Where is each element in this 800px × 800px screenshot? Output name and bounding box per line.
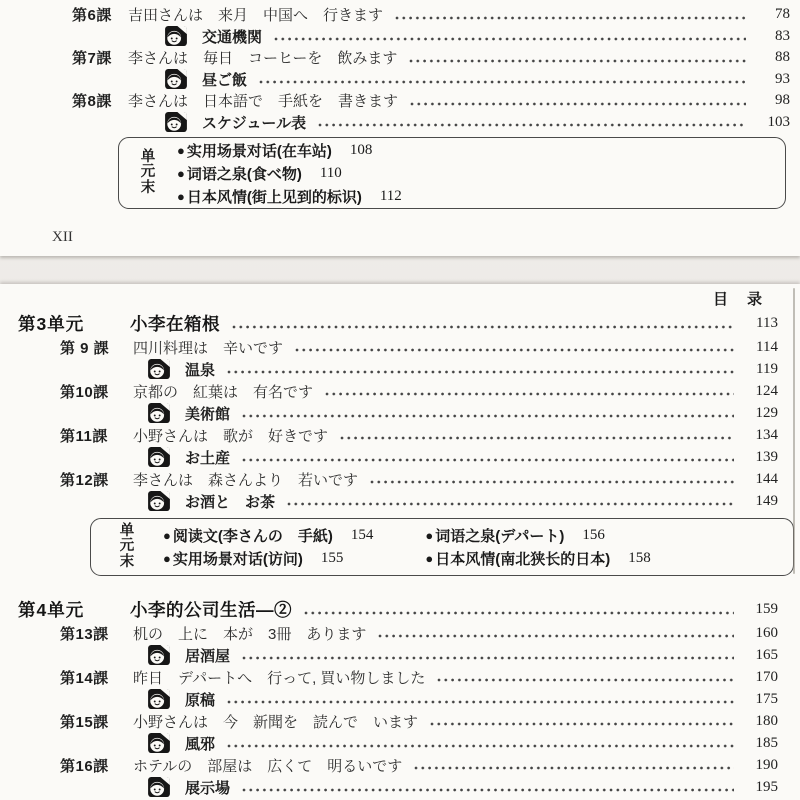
page-number: 78	[754, 6, 790, 23]
lesson-number: 第14課	[60, 667, 133, 688]
toc-sub-row: 美術館 129	[0, 402, 800, 424]
page-number: 149	[742, 493, 778, 510]
toc-header: 目 录	[713, 288, 764, 309]
summary-item: ● 日本风情(街上见到的标识) 112	[177, 185, 402, 207]
toc-sub-row: 居酒屋 165	[0, 644, 800, 666]
toc-lesson-row: 第16課 ホテルの 部屋は 広くて 明るいです 190	[0, 754, 800, 776]
character-face-icon	[165, 112, 187, 132]
lesson-number: 第12課	[60, 469, 133, 490]
dot-leader	[304, 611, 734, 615]
dot-leader	[340, 436, 734, 440]
toc-lesson-row: 第14課 昨日 デパートへ 行って, 買い物しました 170	[0, 666, 800, 688]
dot-leader	[242, 656, 734, 660]
summary-text: 日本风情(街上见到的标识)	[187, 186, 362, 207]
page-number: 88	[754, 49, 790, 66]
lesson-number: 第7課	[72, 47, 128, 68]
unit-summary-box: 单 元 末 ● 实用场景对话(在车站) 108 ● 词语之泉(食べ物) 110 …	[118, 137, 786, 209]
page-number: 159	[742, 601, 778, 618]
dot-leader	[259, 80, 746, 84]
character-face-icon	[165, 69, 187, 89]
page-edge-shadow	[793, 288, 795, 574]
bullet-icon: ●	[425, 551, 433, 566]
page-number: 103	[754, 114, 790, 131]
dot-leader	[414, 766, 734, 770]
sub-title: 温泉	[185, 359, 215, 380]
lesson-number: 第13課	[60, 623, 133, 644]
lesson-title: 四川料理は 辛いです	[133, 337, 283, 358]
summary-item: ● 词语之泉(デパート) 156	[425, 525, 650, 547]
page-number: 155	[321, 550, 344, 567]
page-number: 139	[742, 449, 778, 466]
sub-title: 交通機関	[202, 26, 262, 47]
dot-leader	[370, 480, 734, 484]
page-number: 158	[628, 550, 651, 567]
toc-page-1: 第6課 吉田さんは 来月 中国へ 行きます 78 交通機関 83 第7課 李さん…	[0, 0, 800, 256]
dot-leader	[242, 458, 734, 462]
lesson-title: 小野さんは 今 新聞を 読んで います	[133, 711, 418, 732]
unit-number: 第4单元	[18, 597, 130, 622]
dot-leader	[378, 634, 734, 638]
summary-column-1: ● 阅读文(李さんの 手紙) 154 ● 实用场景对话(访问) 155	[163, 525, 373, 570]
page-number: 93	[754, 71, 790, 88]
unit-label-char: 末	[91, 555, 163, 571]
lesson-number: 第6課	[72, 4, 128, 25]
bullet-icon: ●	[425, 528, 433, 543]
unit-summary-box: 单 元 末 ● 阅读文(李さんの 手紙) 154 ● 实用场景对话(访问) 15…	[90, 518, 794, 576]
bullet-icon: ●	[177, 189, 185, 204]
lesson-title: 昨日 デパートへ 行って, 買い物しました	[133, 667, 425, 688]
unit-title: 小李在箱根	[130, 311, 220, 336]
dot-leader	[409, 59, 746, 63]
toc-sub-row: 風邪 185	[0, 732, 800, 754]
bullet-icon: ●	[163, 551, 171, 566]
dot-leader	[274, 37, 746, 41]
dot-leader	[232, 325, 734, 329]
dot-leader	[437, 678, 734, 682]
bullet-icon: ●	[163, 528, 171, 543]
lesson-title: 李さんは 日本語で 手紙を 書きます	[128, 90, 398, 111]
character-face-icon	[148, 491, 170, 511]
character-face-icon	[165, 26, 187, 46]
dot-leader	[318, 123, 746, 127]
toc-sub-row: お酒と お茶 149	[0, 490, 800, 512]
unit-heading: 第4单元 小李的公司生活—② 159	[0, 596, 800, 622]
sub-title: 風邪	[185, 733, 215, 754]
lesson-number: 第15課	[60, 711, 133, 732]
toc-page-2: 目 录 第3单元 小李在箱根 113 第 9 課 四川料理は 辛いです 114 …	[0, 284, 800, 800]
unit-label-char: 元	[119, 165, 177, 181]
lesson-title: 机の 上に 本が 3冊 あります	[133, 623, 366, 644]
page-number: 98	[754, 92, 790, 109]
bullet-icon: ●	[177, 143, 185, 158]
toc-lesson-row: 第13課 机の 上に 本が 3冊 あります 160	[0, 622, 800, 644]
toc-lesson-row: 第8課 李さんは 日本語で 手紙を 書きます 98	[0, 90, 800, 112]
page-number: 83	[754, 28, 790, 45]
page-number: 156	[582, 527, 605, 544]
summary-text: 词语之泉(食べ物)	[187, 163, 302, 184]
lesson-title: 小野さんは 歌が 好きです	[133, 425, 328, 446]
character-face-icon	[148, 689, 170, 709]
toc-lesson-row: 第11課 小野さんは 歌が 好きです 134	[0, 424, 800, 446]
page-number: 170	[742, 669, 778, 686]
bullet-icon: ●	[177, 166, 185, 181]
sub-title: お酒と お茶	[185, 491, 275, 512]
toc-lesson-row: 第7課 李さんは 毎日 コーヒーを 飲みます 88	[0, 47, 800, 69]
character-face-icon	[148, 403, 170, 423]
page-number: 124	[742, 383, 778, 400]
toc-sub-row: 温泉 119	[0, 358, 800, 380]
character-face-icon	[148, 777, 170, 797]
toc-lesson-row: 第 9 課 四川料理は 辛いです 114	[0, 336, 800, 358]
character-face-icon	[148, 359, 170, 379]
unit-title: 小李的公司生活—②	[130, 597, 292, 622]
toc-lesson-row: 第6課 吉田さんは 来月 中国へ 行きます 78	[0, 4, 800, 26]
page-number: 185	[742, 735, 778, 752]
toc-sub-row: 展示場 195	[0, 776, 800, 798]
dot-leader	[227, 700, 734, 704]
dot-leader	[430, 722, 734, 726]
summary-item: ● 词语之泉(食べ物) 110	[177, 162, 402, 184]
toc-lesson-row: 第10課 京都の 紅葉は 有名です 124	[0, 380, 800, 402]
sub-title: お土産	[185, 447, 230, 468]
page-number: 134	[742, 427, 778, 444]
unit-summary-columns: ● 阅读文(李さんの 手紙) 154 ● 实用场景对话(访问) 155 ● 词语…	[163, 525, 651, 570]
dot-leader	[242, 788, 734, 792]
summary-text: 阅读文(李さんの 手紙)	[173, 525, 333, 546]
unit-label-char: 单	[119, 150, 177, 166]
toc-lesson-row: 第15課 小野さんは 今 新聞を 読んで います 180	[0, 710, 800, 732]
dot-leader	[227, 370, 734, 374]
page-number: 108	[350, 142, 373, 159]
summary-text: 实用场景对话(在车站)	[187, 140, 332, 161]
lesson-title: 吉田さんは 来月 中国へ 行きます	[128, 4, 383, 25]
lesson-number: 第10課	[60, 381, 133, 402]
lesson-title: ホテルの 部屋は 広くて 明るいです	[133, 755, 402, 776]
page-number: 160	[742, 625, 778, 642]
unit-label-char: 元	[91, 539, 163, 555]
lesson-number: 第8課	[72, 90, 128, 111]
page-number: 175	[742, 691, 778, 708]
toc-sub-row: 交通機関 83	[0, 26, 800, 48]
dot-leader	[227, 744, 734, 748]
page-number: 165	[742, 647, 778, 664]
page-number: 110	[320, 165, 342, 182]
unit-label-char: 单	[91, 524, 163, 540]
page-number: 144	[742, 471, 778, 488]
page-number: 129	[742, 405, 778, 422]
summary-item: ● 阅读文(李さんの 手紙) 154	[163, 525, 373, 547]
toc-sub-row: スケジュール表 103	[0, 112, 800, 134]
lesson-number: 第11課	[60, 425, 133, 446]
lesson-number: 第 9 課	[60, 337, 133, 358]
page-number: 180	[742, 713, 778, 730]
unit-end-label: 单 元 末	[119, 150, 177, 197]
summary-column-2: ● 词语之泉(デパート) 156 ● 日本风情(南北狭长的日本) 158	[425, 525, 650, 570]
lesson-title: 京都の 紅葉は 有名です	[133, 381, 313, 402]
dot-leader	[242, 414, 734, 418]
character-face-icon	[148, 645, 170, 665]
dot-leader	[325, 392, 734, 396]
unit-heading: 第3单元 小李在箱根 113	[0, 310, 800, 336]
page-number: 119	[742, 361, 778, 378]
page-number: 112	[380, 188, 402, 205]
dot-leader	[395, 16, 746, 20]
sub-title: 展示場	[185, 777, 230, 798]
page-number: 154	[351, 527, 374, 544]
summary-item: ● 实用场景对话(访问) 155	[163, 548, 373, 570]
sub-title: 居酒屋	[185, 645, 230, 666]
lesson-number: 第16課	[60, 755, 133, 776]
dot-leader	[410, 102, 746, 106]
page-number: 113	[742, 315, 778, 332]
sub-title: 美術館	[185, 403, 230, 424]
toc-sub-row: 昼ご飯 93	[0, 69, 800, 91]
sub-title: 昼ご飯	[202, 69, 247, 90]
toc-list-page2: 第3单元 小李在箱根 113 第 9 課 四川料理は 辛いです 114 温泉 1…	[0, 284, 800, 798]
dot-leader	[287, 502, 734, 506]
summary-text: 日本风情(南北狭长的日本)	[435, 548, 610, 569]
lesson-title: 李さんは 毎日 コーヒーを 飲みます	[128, 47, 397, 68]
toc-sub-row: 原稿 175	[0, 688, 800, 710]
book-page-number: XII	[52, 229, 800, 246]
unit-number: 第3单元	[18, 311, 130, 336]
toc-sub-row: お土産 139	[0, 446, 800, 468]
summary-text: 词语之泉(デパート)	[435, 525, 564, 546]
dot-leader	[295, 348, 734, 352]
lesson-title: 李さんは 森さんより 若いです	[133, 469, 358, 490]
summary-text: 实用场景对话(访问)	[173, 548, 303, 569]
unit-end-label: 单 元 末	[91, 524, 163, 571]
character-face-icon	[148, 733, 170, 753]
unit-summary-items: ● 实用场景对话(在车站) 108 ● 词语之泉(食べ物) 110 ● 日本风情…	[177, 139, 402, 207]
page-number: 195	[742, 779, 778, 796]
character-face-icon	[148, 447, 170, 467]
summary-item: ● 实用场景对话(在车站) 108	[177, 139, 402, 161]
sub-title: スケジュール表	[202, 112, 306, 133]
sub-title: 原稿	[185, 689, 215, 710]
toc-list-page1: 第6課 吉田さんは 来月 中国へ 行きます 78 交通機関 83 第7課 李さん…	[0, 0, 800, 133]
unit-label-char: 末	[119, 181, 177, 197]
toc-lesson-row: 第12課 李さんは 森さんより 若いです 144	[0, 468, 800, 490]
summary-item: ● 日本风情(南北狭长的日本) 158	[425, 548, 650, 570]
page-number: 190	[742, 757, 778, 774]
page-number: 114	[742, 339, 778, 356]
